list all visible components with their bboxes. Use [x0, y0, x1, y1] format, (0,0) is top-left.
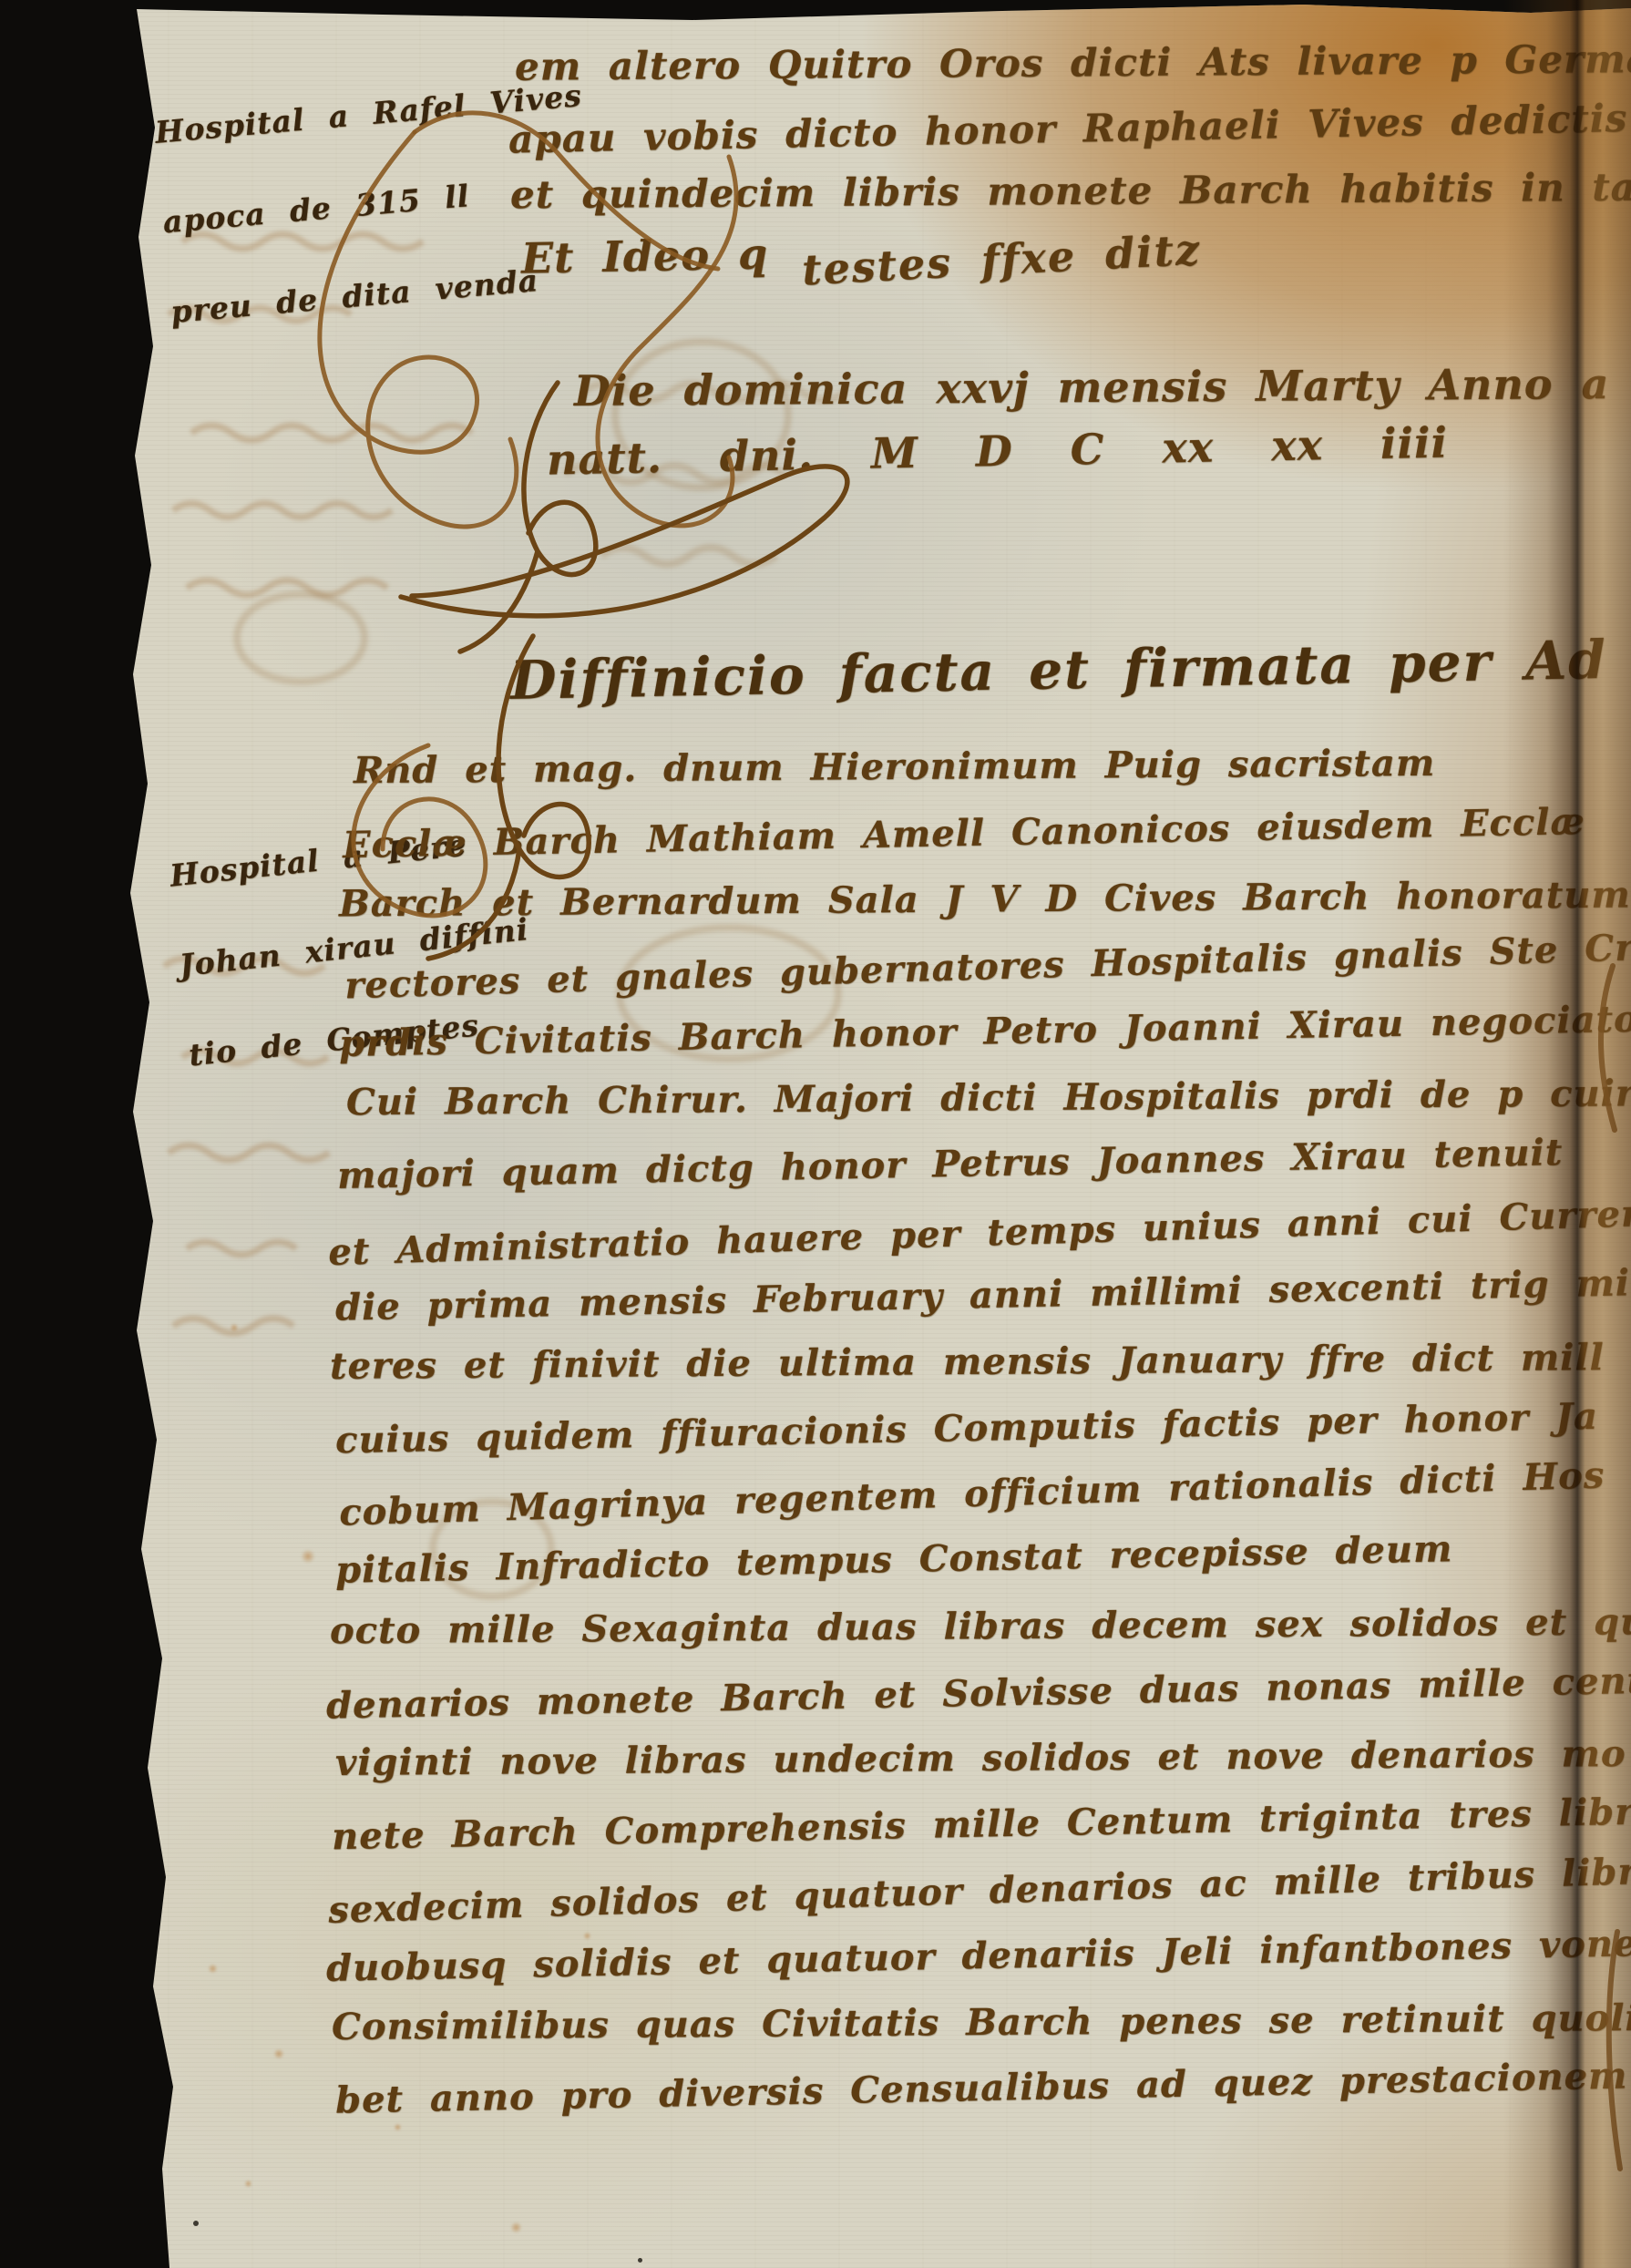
body-line: Rnd et mag. dnum Hieronimum Puig sacrist…: [354, 745, 1435, 789]
foxing-spot: [301, 1549, 315, 1564]
body-line: octo mille Sexaginta duas libras decem s…: [330, 1604, 1631, 1650]
body-line: Cui Barch Chirur. Majori dicti Hospitali…: [346, 1075, 1631, 1121]
foxing-spot: [394, 2123, 402, 2131]
foxing-spot: [583, 1932, 591, 1940]
body-line: teres et finivit die ultima mensis Janua…: [330, 1339, 1605, 1385]
ink-speck: [638, 2258, 642, 2263]
foxing-spot: [510, 2222, 522, 2233]
manuscript-line: em altero Quitro Oros dicti Ats livare p…: [515, 39, 1631, 86]
foxing-spot: [244, 2180, 252, 2188]
manuscript-line: Et Ideo q: [521, 232, 769, 279]
foxing-spot: [230, 1323, 239, 1332]
body-line: viginti nove libras undecim solidos et n…: [335, 1736, 1626, 1781]
foxing-spot: [208, 1964, 218, 1974]
manuscript-photo: Hospital a Rafel Vives apoca de 315 ll p…: [0, 0, 1631, 2268]
manuscript-line: et quindecim libris monete Barch habitis…: [510, 167, 1631, 215]
body-line: Consimilibus quas Civitatis Barch penes …: [332, 2000, 1631, 2046]
foxing-spot: [273, 2048, 284, 2059]
dateline-1: Die dominica xxvj mensis Marty Anno a: [574, 363, 1610, 412]
body-line: Barch et Bernardum Sala J V D Cives Barc…: [339, 877, 1631, 923]
ink-speck: [193, 2221, 199, 2226]
